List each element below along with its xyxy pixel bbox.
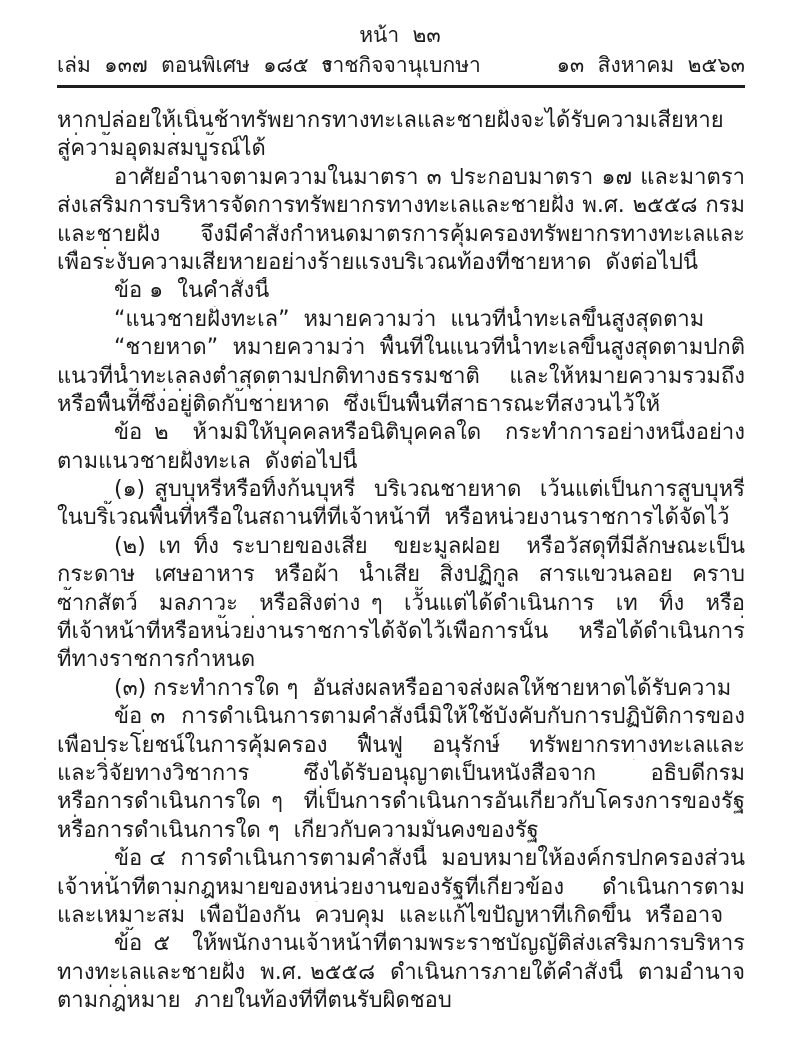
text-line: (๑) สูบบุหรี่หรือทิ้งก้นบุหรี่ บริเวณชาย… (57, 476, 745, 504)
text-line: ตามแนวชายฝั่งทะเล ดังต่อไปนี้ (57, 448, 745, 476)
text-line: หรือการดำเนินการใด ๆ เกี่ยวกับความมั่นคง… (57, 817, 745, 845)
text-line: สู่ความอุดมสมบูรณ์ได้ (57, 135, 745, 163)
text-line: ส่งเสริมการบริหารจัดการทรัพยากรทางทะเลแล… (57, 192, 745, 220)
text-line: หรือการดำเนินการใด ๆ ที่เป็นการดำเนินการ… (57, 788, 745, 816)
text-line: ที่ทางราชการกำหนด (57, 646, 745, 674)
text-line: “ชายหาด” หมายความว่า พื้นที่ในแนวที่น้ำท… (57, 334, 745, 362)
text-line: เพื่อประโยชน์ในการคุ้มครอง ฟื้นฟู อนุรัก… (57, 732, 745, 760)
text-line: ที่เจ้าหน้าที่หรือหน่วยงานราชการได้จัดไว… (57, 618, 745, 646)
text-line: ข้อ ๓ การดำเนินการตามคำสั่งนี้มิให้ใช้บั… (57, 703, 745, 731)
text-line: เพื่อระงับความเสียหายอย่างร้ายแรงบริเวณท… (57, 249, 745, 277)
text-line: กระดาษ เศษอาหาร หรือผ้า น้ำเสีย สิ่งปฏิก… (57, 561, 745, 589)
text-line: (๓) กระทำการใด ๆ อันส่งผลหรืออาจส่งผลให้… (57, 675, 745, 703)
page-header: หน้า ๒๓ ราชกิจจานุเบกษา เล่ม ๑๓๗ ตอนพิเศ… (0, 0, 800, 88)
header-row: ราชกิจจานุเบกษา เล่ม ๑๓๗ ตอนพิเศษ ๑๘๕ ง … (57, 51, 745, 80)
text-line: หากปล่อยให้เนิ่นช้าทรัพยากรทางทะเลและชาย… (57, 107, 745, 135)
text-line: ตามกฎหมาย ภายในท้องที่ที่ตนรับผิดชอบ (57, 987, 745, 1015)
text-line: ข้อ ๑ ในคำสั่งนี้ (57, 277, 745, 305)
text-line: “แนวชายฝั่งทะเล” หมายความว่า แนวที่น้ำทะ… (57, 306, 745, 334)
text-line: ในบริเวณพื้นที่หรือในสถานที่ที่เจ้าหน้าท… (57, 504, 745, 532)
text-line: แนวที่น้ำทะเลลงต่ำสุดตามปกติทางธรรมชาติ … (57, 363, 745, 391)
text-line: เจ้าหน้าที่ตามกฎหมายของหน่วยงานของรัฐที่… (57, 874, 745, 902)
text-line: ข้อ ๒ ห้ามมิให้บุคคลหรือนิติบุคคลใด กระท… (57, 419, 745, 447)
text-line: ข้อ ๔ การดำเนินการตามคำสั่งนี้ มอบหมายให… (57, 845, 745, 873)
header-rule (57, 85, 745, 88)
text-line: และชายฝั่ง จึงมีคำสั่งกำหนดมาตรการคุ้มคร… (57, 221, 745, 249)
page-number: หน้า ๒๓ (0, 22, 800, 49)
text-line: อาศัยอำนาจตามความในมาตรา ๓ ประกอบมาตรา ๑… (57, 164, 745, 192)
document-body: หากปล่อยให้เนิ่นช้าทรัพยากรทางทะเลและชาย… (57, 107, 745, 1016)
volume-info: เล่ม ๑๓๗ ตอนพิเศษ ๑๘๕ ง (57, 51, 332, 80)
text-line: หรือพื้นที่ซึ่งอยู่ติดกับชายหาด ซึ่งเป็น… (57, 391, 745, 419)
gazette-page: หน้า ๒๓ ราชกิจจานุเบกษา เล่ม ๑๓๗ ตอนพิเศ… (0, 0, 800, 1043)
text-line: ข้อ ๕ ให้พนักงานเจ้าหน้าที่ตามพระราชบัญญ… (57, 930, 745, 958)
text-line: และวิจัยทางวิชาการ ซึ่งได้รับอนุญาตเป็นห… (57, 760, 745, 788)
publish-date: ๑๓ สิงหาคม ๒๕๖๓ (557, 51, 745, 80)
text-line: ซากสัตว์ มลภาวะ หรือสิ่งต่าง ๆ เว้นแต่ได… (57, 590, 745, 618)
text-line: ทางทะเลและชายฝั่ง พ.ศ. ๒๕๕๘ ดำเนินการภาย… (57, 959, 745, 987)
text-line: และเหมาะสม เพื่อป้องกัน ควบคุม และแก้ไขป… (57, 902, 745, 930)
text-line: (๒) เท ทิ้ง ระบายของเสีย ขยะมูลฝอย หรือว… (57, 533, 745, 561)
